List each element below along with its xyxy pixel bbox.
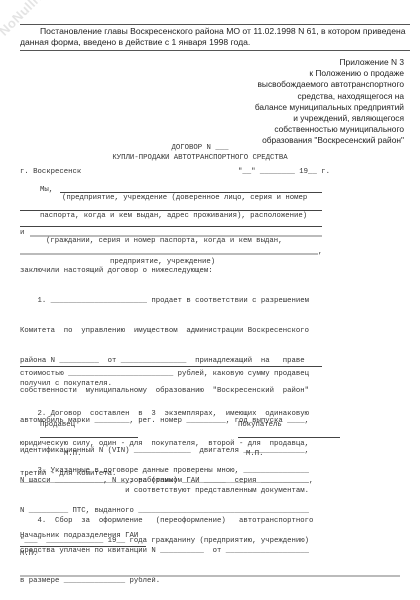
- seller-label: Продавец: [40, 420, 75, 430]
- bottom-rule: [20, 575, 400, 577]
- clause-2-line: юридическую силу, один - для покупателя,…: [20, 439, 309, 449]
- party1-hint-1: (предприятие, учреждение (доверенное лиц…: [62, 193, 307, 203]
- gai-head-label: Начальник подразделения ГАИ: [20, 531, 138, 541]
- party2-comma: ,: [318, 247, 322, 257]
- appendix-line: балансе муниципальных предприятий: [144, 102, 404, 113]
- clause-1-line: Комитета по управлению имуществом админи…: [20, 326, 313, 336]
- appendix-line: Приложение N 3: [144, 57, 404, 68]
- appendix-line: к Положению о продаже: [144, 68, 404, 79]
- appendix-line: высвобождаемого автотранспортного: [144, 79, 404, 90]
- clause-3-line-2: _________________________, работником ГА…: [20, 476, 309, 486]
- appendix-block: Приложение N 3 к Положению о продаже выс…: [144, 57, 404, 147]
- buyer-label: Покупатель: [238, 420, 282, 430]
- seller-signature-line[interactable]: [40, 437, 138, 438]
- price-line-2: получил с покупателя.: [20, 379, 112, 389]
- clause-3-line-1: 3. Указанные в договоре данные проверены…: [20, 466, 309, 476]
- top-rule: [20, 24, 410, 25]
- preamble-line-1: Постановление главы Воскресенского район…: [20, 26, 410, 37]
- clause-4-line: в размере ______________ рублей.: [20, 576, 313, 586]
- appendix-line: собственностью муниципального: [144, 124, 404, 135]
- clause-1-line: 1. ______________________ продает в соот…: [20, 296, 313, 306]
- clause-1-line: района N _________ от _______________ пр…: [20, 356, 313, 366]
- appendix-line: средства, находящегося на: [144, 91, 404, 102]
- contract-date: "__" ________ 19__ г.: [238, 167, 330, 177]
- contract-title: ДОГОВОР N ___: [80, 143, 320, 153]
- preamble-bottom-rule: [20, 50, 410, 51]
- buyer-seal: М.П.: [246, 449, 264, 459]
- recipient-field-line[interactable]: [20, 366, 322, 367]
- concluded-text: заключили настоящий договор о нижеследую…: [20, 266, 213, 276]
- price-line: стоимостью ________________________ рубл…: [20, 369, 309, 379]
- clause-2-line: 2. Договор составлен в 3 экземплярах, им…: [20, 409, 309, 419]
- appendix-line: и учреждений, являющегося: [144, 113, 404, 124]
- party2-hint-1: (граждании, серия и номер паспорта, когд…: [46, 236, 282, 246]
- clause-4-line: 4. Сбор за оформление (переоформление) а…: [20, 516, 313, 526]
- preamble: Постановление главы Воскресенского район…: [20, 26, 410, 48]
- place: г. Воскресенск: [20, 167, 81, 177]
- party1-field-line-3[interactable]: [20, 226, 322, 227]
- and-label: и: [20, 228, 24, 238]
- contract-subtitle: КУПЛИ-ПРОДАЖИ АВТОТРАНСПОРТНОГО СРЕДСТВА: [60, 153, 340, 163]
- we-label: Мы,: [40, 185, 53, 195]
- party1-hint-2: паспорта, когда и кем выдан, адрес прожи…: [40, 211, 307, 221]
- preamble-line-2: данная форма, введено в действие с 1 янв…: [20, 37, 410, 48]
- party2-field-line-2[interactable]: [20, 253, 318, 255]
- clause-4-line: средства уплачен по квитанции N ________…: [20, 546, 313, 556]
- gai-signature-line[interactable]: [20, 546, 146, 547]
- clause-3-line-3: и соответствуют представленным документа…: [20, 486, 309, 496]
- gai-seal: М.П.: [20, 549, 38, 559]
- seller-seal: М.П.: [64, 449, 82, 459]
- buyer-signature-line[interactable]: [238, 437, 340, 438]
